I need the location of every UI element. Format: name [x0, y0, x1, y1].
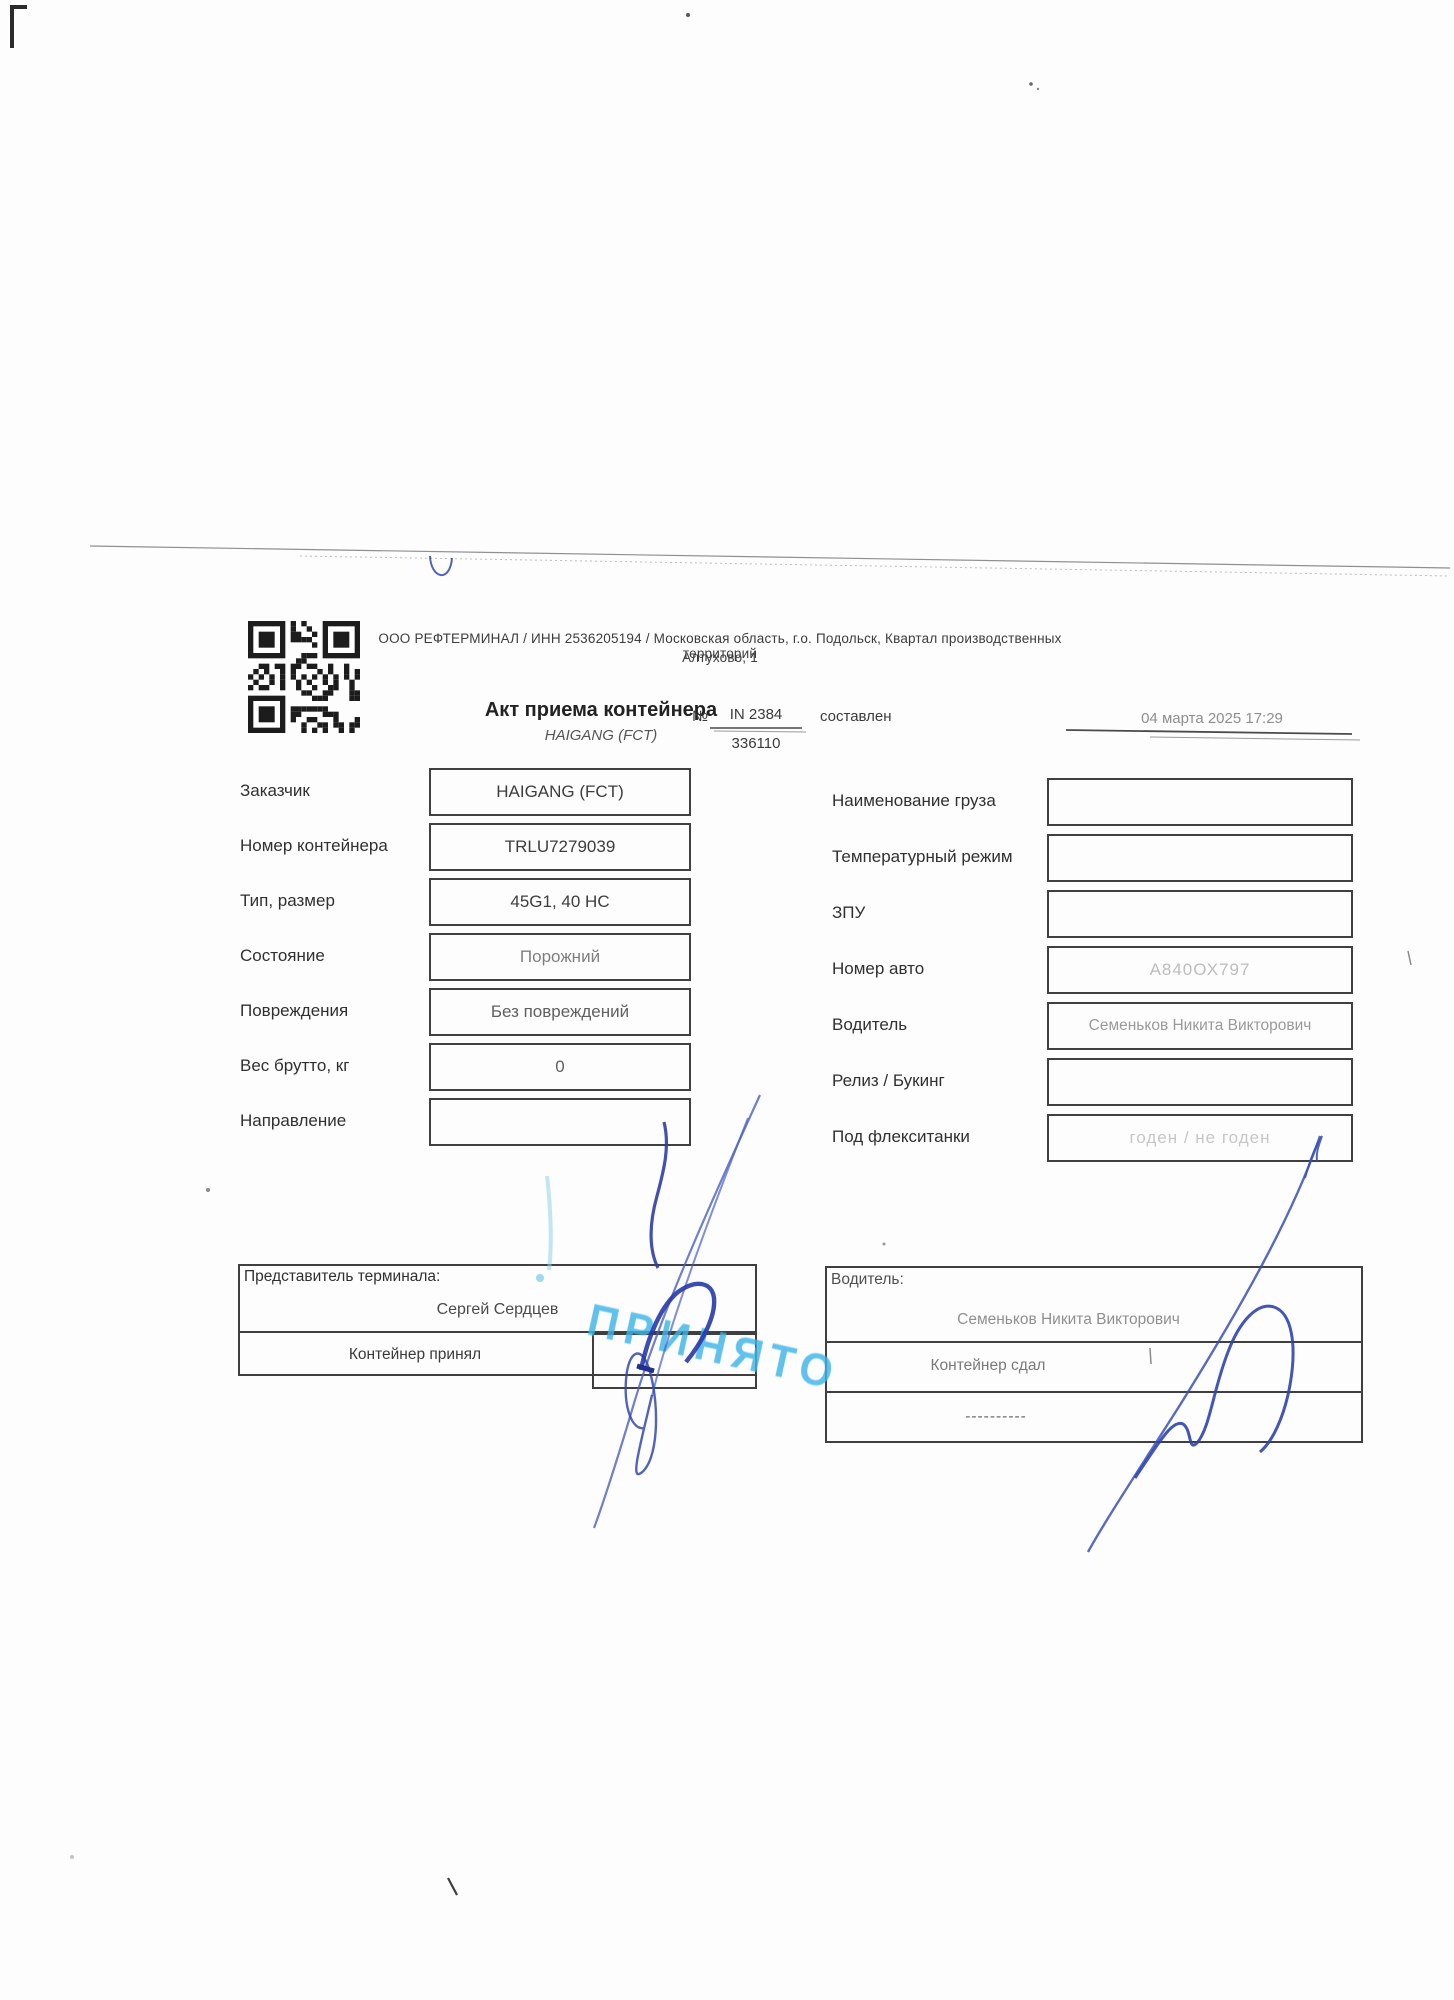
- field-customer-label: Заказчик: [240, 781, 310, 801]
- field-temperature-mode-box: [1047, 834, 1353, 882]
- field-vehicle-number-value: А840ОХ797: [1150, 960, 1251, 980]
- terminal-action-label: Контейнер принял: [238, 1346, 592, 1364]
- field-vehicle-number-label: Номер авто: [832, 959, 924, 979]
- field-type-size-box: 45G1, 40 HC: [429, 878, 691, 926]
- field-damages-value: Без повреждений: [491, 1002, 629, 1022]
- terminal-block-header: Представитель терминала:: [244, 1268, 440, 1286]
- field-flexitank-label: Под флекситанки: [832, 1127, 970, 1147]
- field-temperature-mode-label: Температурный режим: [832, 847, 1013, 867]
- field-cargo-name-label: Наименование груза: [832, 791, 996, 811]
- field-container-number-box: TRLU7279039: [429, 823, 691, 871]
- driver-signature-placeholder: ----------: [825, 1408, 1167, 1426]
- driver-block-divider1: [825, 1341, 1363, 1343]
- number-underlines: [0, 0, 1454, 800]
- field-flexitank-value: годен / не годен: [1129, 1128, 1270, 1148]
- field-condition-value: Порожний: [520, 947, 600, 967]
- field-customer-box: HAIGANG (FCT): [429, 768, 691, 816]
- field-condition-box: Порожний: [429, 933, 691, 981]
- field-damages-label: Повреждения: [240, 1001, 348, 1021]
- field-container-number-value: TRLU7279039: [505, 837, 616, 857]
- field-vehicle-number-box: А840ОХ797: [1047, 946, 1353, 994]
- field-direction-box: [429, 1098, 691, 1146]
- field-release-booking-box: [1047, 1058, 1353, 1106]
- field-driver-label: Водитель: [832, 1015, 907, 1035]
- scanned-document: ООО РЕФТЕРМИНАЛ / ИНН 2536205194 / Моско…: [0, 0, 1454, 2000]
- driver-action-label: Контейнер сдал: [825, 1357, 1151, 1375]
- field-driver-value: Семеньков Никита Викторович: [1089, 1017, 1312, 1035]
- field-type-size-value: 45G1, 40 HC: [510, 892, 609, 912]
- driver-block-divider2: [825, 1391, 1363, 1393]
- field-gross-weight-value: 0: [555, 1057, 564, 1077]
- field-type-size-label: Тип, размер: [240, 891, 335, 911]
- field-seal-label: ЗПУ: [832, 903, 865, 923]
- field-container-number-label: Номер контейнера: [240, 836, 388, 856]
- driver-name: Семеньков Никита Викторович: [825, 1311, 1312, 1329]
- field-customer-value: HAIGANG (FCT): [496, 782, 624, 802]
- field-driver-box: Семеньков Никита Викторович: [1047, 1002, 1353, 1050]
- field-cargo-name-box: [1047, 778, 1353, 826]
- field-condition-label: Состояние: [240, 946, 325, 966]
- driver-block-header: Водитель:: [831, 1271, 904, 1289]
- field-gross-weight-box: 0: [429, 1043, 691, 1091]
- field-gross-weight-label: Вес брутто, кг: [240, 1056, 349, 1076]
- field-release-booking-label: Релиз / Букинг: [832, 1071, 945, 1091]
- field-direction-label: Направление: [240, 1111, 346, 1131]
- field-damages-box: Без повреждений: [429, 988, 691, 1036]
- field-seal-box: [1047, 890, 1353, 938]
- field-flexitank-box: годен / не годен: [1047, 1114, 1353, 1162]
